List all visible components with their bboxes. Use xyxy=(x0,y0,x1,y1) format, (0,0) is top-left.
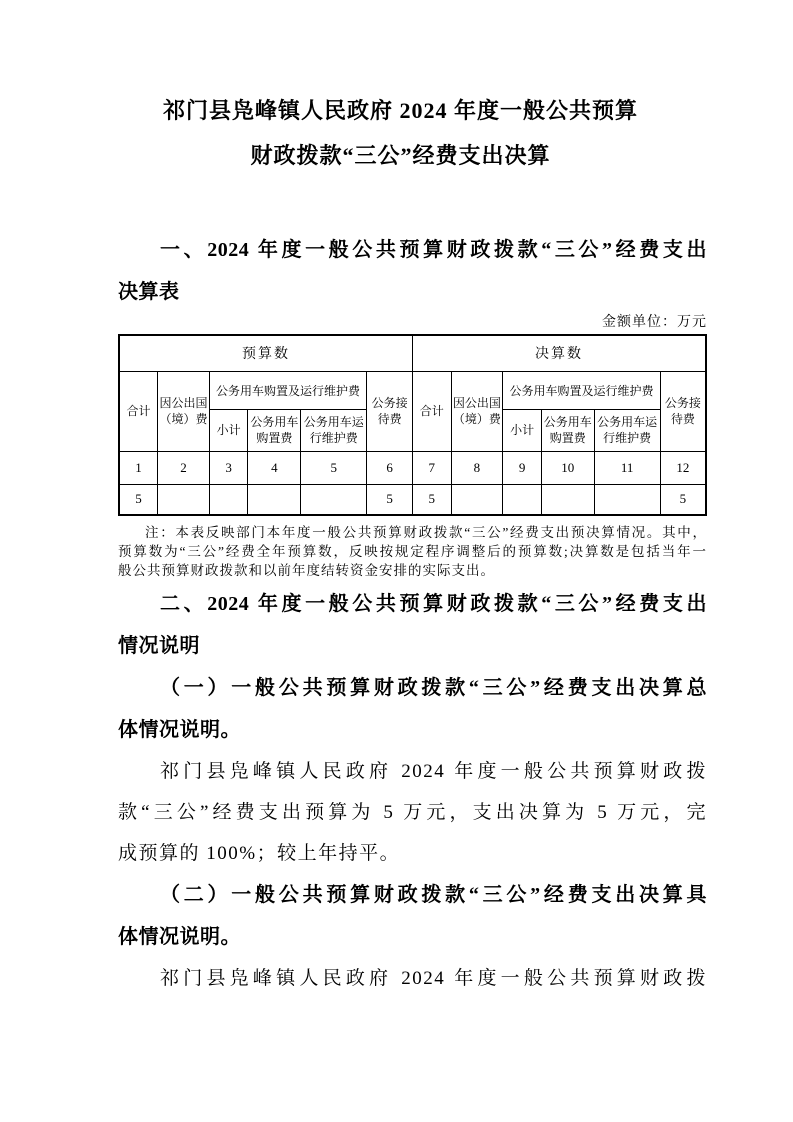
section-1-heading: 一、2024 年度一般公共预算财政拨款“三公”经费支出 决算表 xyxy=(118,229,707,313)
data-row: 5 5 5 5 xyxy=(119,484,706,515)
col-index-9: 9 xyxy=(503,451,542,484)
col-index-3: 3 xyxy=(209,451,248,484)
col-header-total-final: 合计 xyxy=(412,371,451,451)
data-cell-reception-budget: 5 xyxy=(367,484,413,515)
paragraph-overall-line-1: 祁门县凫峰镇人民政府 2024 年度一般公共预算财政拨 xyxy=(118,751,707,792)
col-header-operation-budget: 公务用车运行维护费 xyxy=(301,409,367,451)
paragraph-overall: 祁门县凫峰镇人民政府 2024 年度一般公共预算财政拨 款“三公”经费支出预算为… xyxy=(118,751,707,874)
amount-unit-label: 金额单位：万元 xyxy=(118,313,707,333)
col-header-subtotal-final: 小计 xyxy=(503,409,542,451)
col-index-4: 4 xyxy=(248,451,301,484)
col-index-5: 5 xyxy=(301,451,367,484)
table-note: 注：本表反映部门本年度一般公共预算财政拨款“三公”经费支出预决算情况。其中， 预… xyxy=(118,523,707,580)
data-cell-purchase-final xyxy=(541,484,594,515)
col-header-total-budget: 合计 xyxy=(119,371,158,451)
title-line-1: 祁门县凫峰镇人民政府 2024 年度一般公共预算 xyxy=(118,88,683,133)
col-index-11: 11 xyxy=(594,451,660,484)
column-index-row: 1 2 3 4 5 6 7 8 9 10 11 12 xyxy=(119,451,706,484)
paragraph-overall-line-3: 成预算的 100%；较上年持平。 xyxy=(118,833,707,874)
data-cell-total-final: 5 xyxy=(412,484,451,515)
data-cell-total-budget: 5 xyxy=(119,484,158,515)
section-2-heading-line-1: 二、2024 年度一般公共预算财政拨款“三公”经费支出 xyxy=(118,583,707,625)
group-header-budget: 预算数 xyxy=(119,335,412,371)
col-header-vehicle-group-final: 公务用车购置及运行维护费 xyxy=(503,371,660,409)
data-cell-purchase-budget xyxy=(248,484,301,515)
data-cell-subtotal-budget xyxy=(209,484,248,515)
subsection-2-heading: （二）一般公共预算财政拨款“三公”经费支出决算具 体情况说明。 xyxy=(118,874,707,958)
col-header-operation-final: 公务用车运行维护费 xyxy=(594,409,660,451)
col-header-reception-final: 公务接待费 xyxy=(660,371,706,451)
subsection-1-line-2: 体情况说明。 xyxy=(118,709,707,751)
col-index-12: 12 xyxy=(660,451,706,484)
subsection-2-line-1: （二）一般公共预算财政拨款“三公”经费支出决算具 xyxy=(118,874,707,916)
document-content: 祁门县凫峰镇人民政府 2024 年度一般公共预算 财政拨款“三公”经费支出决算 … xyxy=(118,0,707,999)
col-header-vehicle-group-budget: 公务用车购置及运行维护费 xyxy=(209,371,366,409)
col-index-10: 10 xyxy=(541,451,594,484)
note-line-2: 预算数为“三公”经费全年预算数，反映按规定程序调整后的预算数;决算数是包括当年一 xyxy=(118,542,707,561)
section-1-heading-line-1: 一、2024 年度一般公共预算财政拨款“三公”经费支出 xyxy=(118,229,707,271)
data-cell-subtotal-final xyxy=(503,484,542,515)
subsection-1-line-1: （一）一般公共预算财政拨款“三公”经费支出决算总 xyxy=(118,667,707,709)
col-header-purchase-budget: 公务用车购置费 xyxy=(248,409,301,451)
data-cell-operation-budget xyxy=(301,484,367,515)
paragraph-detail-line-1: 祁门县凫峰镇人民政府 2024 年度一般公共预算财政拨 xyxy=(118,958,707,999)
section-2-heading-line-2: 情况说明 xyxy=(118,625,707,667)
col-header-purchase-final: 公务用车购置费 xyxy=(541,409,594,451)
col-header-reception-budget: 公务接待费 xyxy=(367,371,413,451)
note-line-1: 注：本表反映部门本年度一般公共预算财政拨款“三公”经费支出预决算情况。其中， xyxy=(118,523,707,542)
sangong-expense-table: 预算数 决算数 合计 因公出国（境）费 公务用车购置及运行维护费 公务接待费 合… xyxy=(118,334,707,516)
title-line-2: 财政拨款“三公”经费支出决算 xyxy=(118,133,683,178)
subsection-2-line-2: 体情况说明。 xyxy=(118,916,707,958)
col-index-2: 2 xyxy=(158,451,210,484)
col-index-8: 8 xyxy=(451,451,503,484)
subsection-1-heading: （一）一般公共预算财政拨款“三公”经费支出决算总 体情况说明。 xyxy=(118,667,707,751)
col-header-subtotal-budget: 小计 xyxy=(209,409,248,451)
section-2-heading: 二、2024 年度一般公共预算财政拨款“三公”经费支出 情况说明 xyxy=(118,583,707,667)
col-index-7: 7 xyxy=(412,451,451,484)
document-title: 祁门县凫峰镇人民政府 2024 年度一般公共预算 财政拨款“三公”经费支出决算 xyxy=(118,88,707,178)
paragraph-overall-line-2: 款“三公”经费支出预算为 5 万元，支出决算为 5 万元，完 xyxy=(118,792,707,833)
section-1-heading-line-2: 决算表 xyxy=(118,271,707,313)
table-group-header-row: 预算数 决算数 xyxy=(119,335,706,371)
data-cell-abroad-budget xyxy=(158,484,210,515)
group-header-final: 决算数 xyxy=(412,335,706,371)
note-line-3: 般公共预算财政拨款和以前年度结转资金安排的实际支出。 xyxy=(118,561,707,580)
col-index-6: 6 xyxy=(367,451,413,484)
table-header-row-upper: 合计 因公出国（境）费 公务用车购置及运行维护费 公务接待费 合计 因公出国（境… xyxy=(119,371,706,409)
col-header-abroad-final: 因公出国（境）费 xyxy=(451,371,503,451)
data-cell-reception-final: 5 xyxy=(660,484,706,515)
data-cell-operation-final xyxy=(594,484,660,515)
document-page: 祁门县凫峰镇人民政府 2024 年度一般公共预算 财政拨款“三公”经费支出决算 … xyxy=(0,0,793,1122)
col-header-abroad-budget: 因公出国（境）费 xyxy=(158,371,210,451)
paragraph-detail: 祁门县凫峰镇人民政府 2024 年度一般公共预算财政拨 xyxy=(118,958,707,999)
col-index-1: 1 xyxy=(119,451,158,484)
data-cell-abroad-final xyxy=(451,484,503,515)
